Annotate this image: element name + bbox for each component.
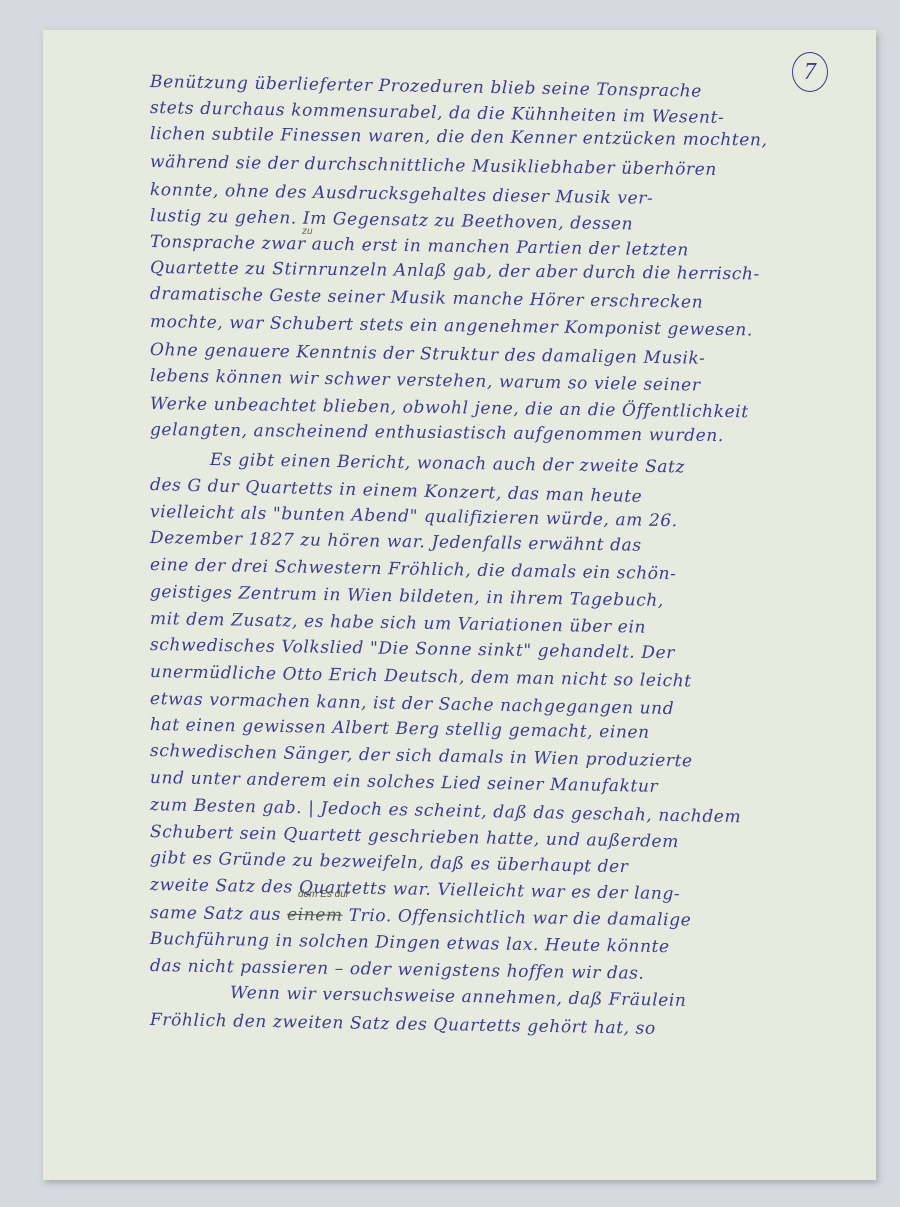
struck-word: einem: [287, 905, 343, 926]
page-number: 7: [792, 52, 828, 92]
insertion-mark-zu: zu: [302, 226, 313, 237]
insertion-mark-dem-es-dur: dem Es dur: [298, 889, 349, 900]
